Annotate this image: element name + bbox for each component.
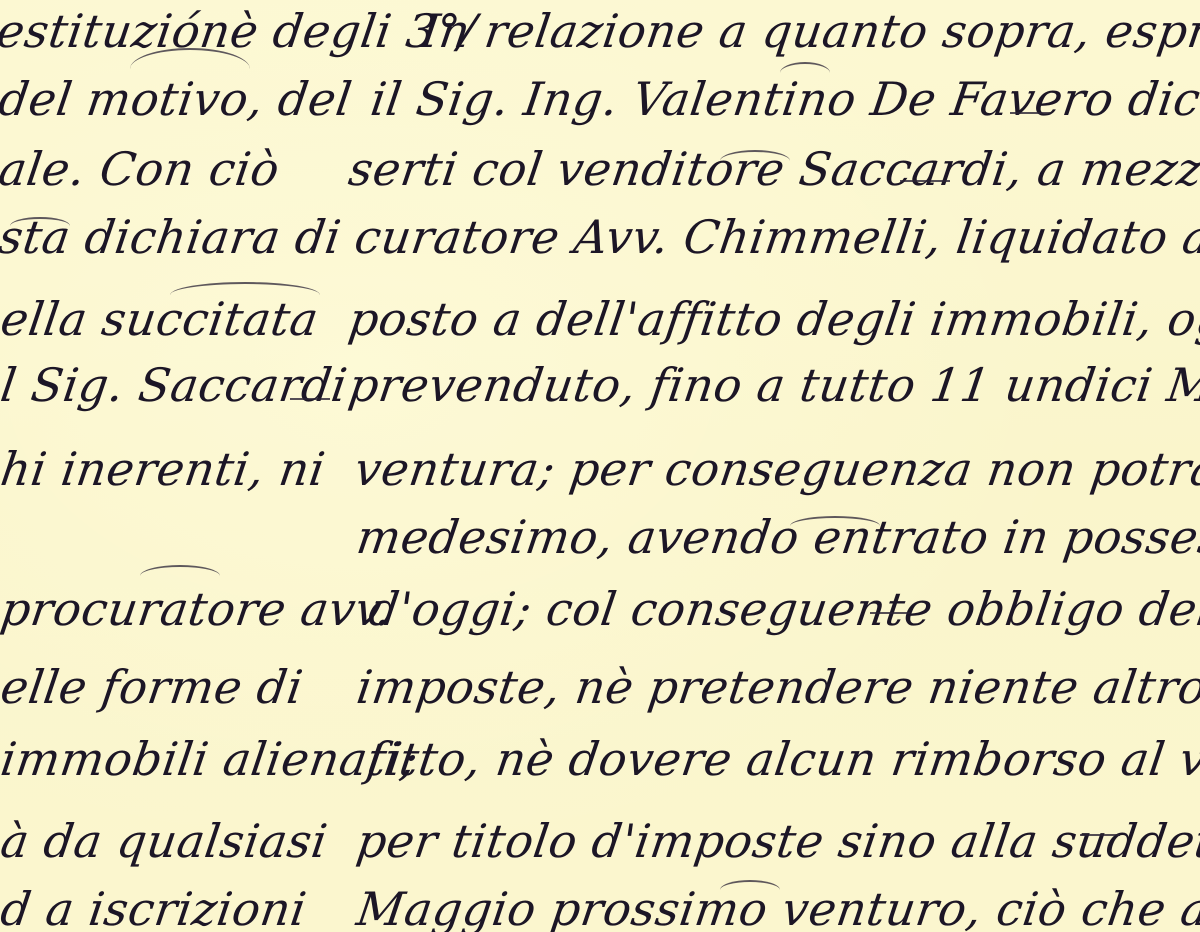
pen-stroke bbox=[900, 180, 950, 182]
pen-flourish bbox=[140, 565, 220, 587]
pen-stroke bbox=[290, 398, 330, 400]
right-line-9: d'oggi; col conseguente obbligo del paga… bbox=[366, 586, 1200, 632]
pen-stroke bbox=[1010, 112, 1050, 114]
pen-flourish bbox=[170, 282, 320, 308]
pen-flourish bbox=[790, 516, 880, 536]
left-line-12: d a iscrizioni bbox=[0, 886, 309, 932]
pen-flourish bbox=[720, 880, 780, 900]
left-line-8: procuratore avv. bbox=[0, 586, 395, 632]
right-line-1: In relazione a quanto sopra, espresso bbox=[418, 8, 1200, 54]
right-line-8: medesimo, avendo entrato in possesso co bbox=[354, 514, 1200, 560]
pen-flourish bbox=[780, 62, 830, 84]
left-line-3: ale. Con ciò bbox=[0, 146, 282, 192]
left-line-11: à da qualsiasi bbox=[0, 818, 330, 864]
right-line-6: prevenduto, fino a tutto 11 undici Maggi… bbox=[346, 362, 1200, 408]
pen-flourish bbox=[130, 48, 250, 90]
pen-stroke bbox=[1080, 834, 1120, 836]
left-line-9: elle forme di bbox=[0, 664, 306, 710]
pen-flourish bbox=[10, 217, 70, 235]
pen-flourish bbox=[720, 150, 790, 172]
right-line-12: per titolo d'imposte sino alla suddetta … bbox=[354, 818, 1200, 864]
left-line-10: immobili alienati; bbox=[0, 736, 421, 782]
right-line-11: fitto, nè dovere alcun rimborso al v bbox=[364, 736, 1200, 782]
right-line-5: posto a dell'affitto degli immobili, ogg… bbox=[346, 296, 1200, 342]
right-line-7: ventura; per conseguenza non potrà l'acq… bbox=[352, 446, 1200, 492]
pen-stroke bbox=[870, 612, 910, 614]
left-line-6: l Sig. Saccardi bbox=[0, 362, 350, 408]
left-line-7: hi inerenti, ni bbox=[0, 446, 328, 492]
manuscript-page: estituziónè degli 3°/ del motivo, del al… bbox=[0, 0, 1200, 932]
left-line-1: estituziónè degli 3°/ bbox=[0, 8, 479, 54]
right-line-10: imposte, nè pretendere niente altro per … bbox=[354, 664, 1200, 710]
right-line-4: curatore Avv. Chimmelli, liquidato a par… bbox=[352, 214, 1200, 260]
